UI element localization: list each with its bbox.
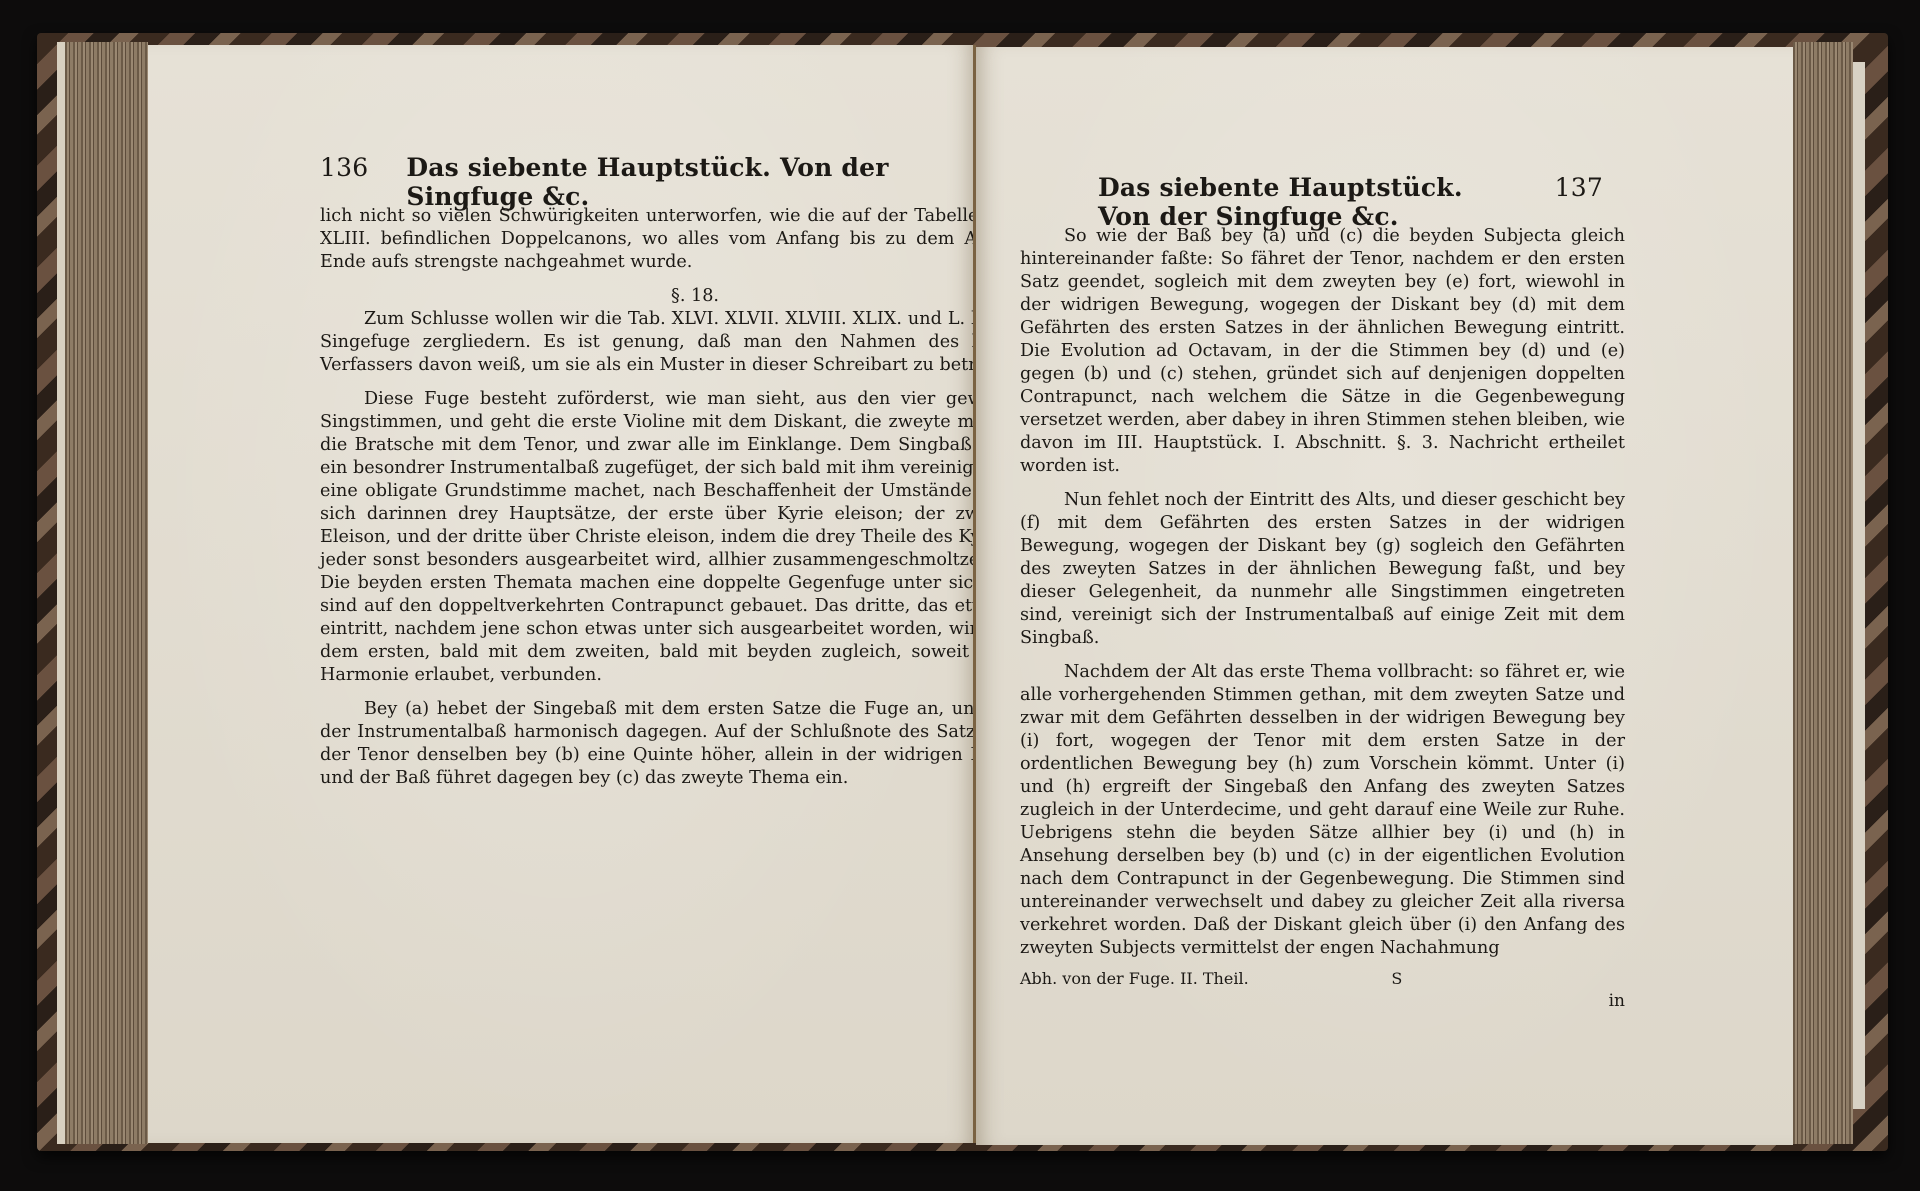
right-page: Das siebente Hauptstück. Von der Singfug… (976, 47, 1793, 1145)
footer-title: Abh. von der Fuge. II. Theil. (1020, 967, 1249, 990)
right-fore-edge (1793, 42, 1853, 1144)
page-footer: Abh. von der Fuge. II. Theil. S (1020, 967, 1625, 990)
running-head-title: Das siebente Hauptstück. Von der Singfug… (406, 153, 930, 211)
paragraph: Zum Schlusse wollen wir die Tab. XLVI. X… (320, 308, 1070, 377)
paragraph: lich nicht so vielen Schwürigkeiten unte… (320, 205, 1070, 274)
running-head-title: Das siebente Hauptstück. Von der Singfug… (1098, 173, 1519, 231)
signature-mark: S (1391, 967, 1402, 990)
paragraph: So wie der Baß bey (a) und (c) die beyde… (1020, 225, 1625, 478)
paragraph: Nun fehlet noch der Eintritt des Alts, u… (1020, 489, 1625, 650)
page-number: 137 (1555, 173, 1603, 202)
left-page: 136 Das siebente Hauptstück. Von der Sin… (148, 45, 975, 1143)
page-number: 136 (320, 153, 368, 182)
paragraph: Nachdem der Alt das erste Thema vollbrac… (1020, 661, 1625, 960)
section-heading: §. 18. (320, 285, 1070, 308)
paragraph: Diese Fuge besteht zuförderst, wie man s… (320, 388, 1070, 687)
left-fore-edge (65, 42, 148, 1144)
left-running-head: 136 Das siebente Hauptstück. Von der Sin… (320, 153, 930, 211)
right-running-head: Das siebente Hauptstück. Von der Singfug… (1098, 173, 1603, 231)
catchword: in (1020, 990, 1625, 1013)
left-text-block: lich nicht so vielen Schwürigkeiten unte… (320, 205, 1070, 790)
right-text-block: So wie der Baß bey (a) und (c) die beyde… (1020, 225, 1625, 1013)
